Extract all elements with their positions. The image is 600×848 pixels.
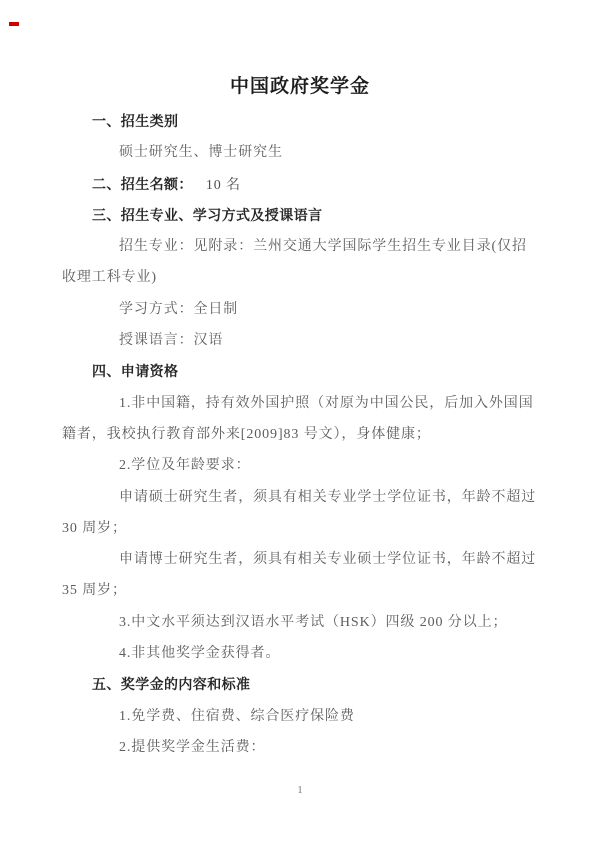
- body-line-continuation: 35 周岁；: [62, 575, 538, 606]
- body-line-continuation: 收理工科专业): [62, 262, 538, 293]
- document-body: 一、招生类别 硕士研究生、博士研究生 二、招生名额：10 名 三、招生专业、学习…: [62, 106, 538, 763]
- body-line: 学习方式：全日制: [62, 294, 538, 325]
- heading-majors-language: 三、招生专业、学习方式及授课语言: [62, 200, 538, 231]
- heading-label: 二、招生名额：: [92, 176, 193, 192]
- body-line: 申请硕士研究生者，须具有相关专业学士学位证书，年龄不超过: [62, 482, 538, 513]
- red-annotation-mark: [9, 22, 19, 26]
- page-number: 1: [0, 783, 600, 799]
- heading-enrollment-category: 一、招生类别: [62, 106, 538, 137]
- heading-enrollment-quota: 二、招生名额：10 名: [62, 169, 538, 200]
- body-line-continuation: 籍者，我校执行教育部外来[2009]83 号文），身体健康；: [62, 419, 538, 450]
- body-line: 3.中文水平须达到汉语水平考试（HSK）四级 200 分以上；: [62, 607, 538, 638]
- page-title: 中国政府奖学金: [62, 71, 538, 103]
- heading-eligibility: 四、申请资格: [62, 356, 538, 387]
- body-line: 授课语言：汉语: [62, 325, 538, 356]
- body-line: 硕士研究生、博士研究生: [62, 137, 538, 168]
- heading-scholarship-content: 五、奖学金的内容和标准: [62, 669, 538, 700]
- body-line: 申请博士研究生者，须具有相关专业硕士学位证书，年龄不超过: [62, 544, 538, 575]
- body-line: 2.学位及年龄要求：: [62, 450, 538, 481]
- body-line: 1.非中国籍，持有效外国护照（对原为中国公民，后加入外国国: [62, 388, 538, 419]
- quota-value: 10 名: [206, 178, 241, 193]
- document-content: 中国政府奖学金 一、招生类别 硕士研究生、博士研究生 二、招生名额：10 名 三…: [62, 0, 538, 763]
- body-line: 1.免学费、住宿费、综合医疗保险费: [62, 701, 538, 732]
- body-line: 4.非其他奖学金获得者。: [62, 638, 538, 669]
- body-line: 2.提供奖学金生活费：: [62, 732, 538, 763]
- body-line: 招生专业：见附录：兰州交通大学国际学生招生专业目录(仅招: [62, 231, 538, 262]
- document-page: 中国政府奖学金 一、招生类别 硕士研究生、博士研究生 二、招生名额：10 名 三…: [0, 0, 600, 848]
- body-line-continuation: 30 周岁；: [62, 513, 538, 544]
